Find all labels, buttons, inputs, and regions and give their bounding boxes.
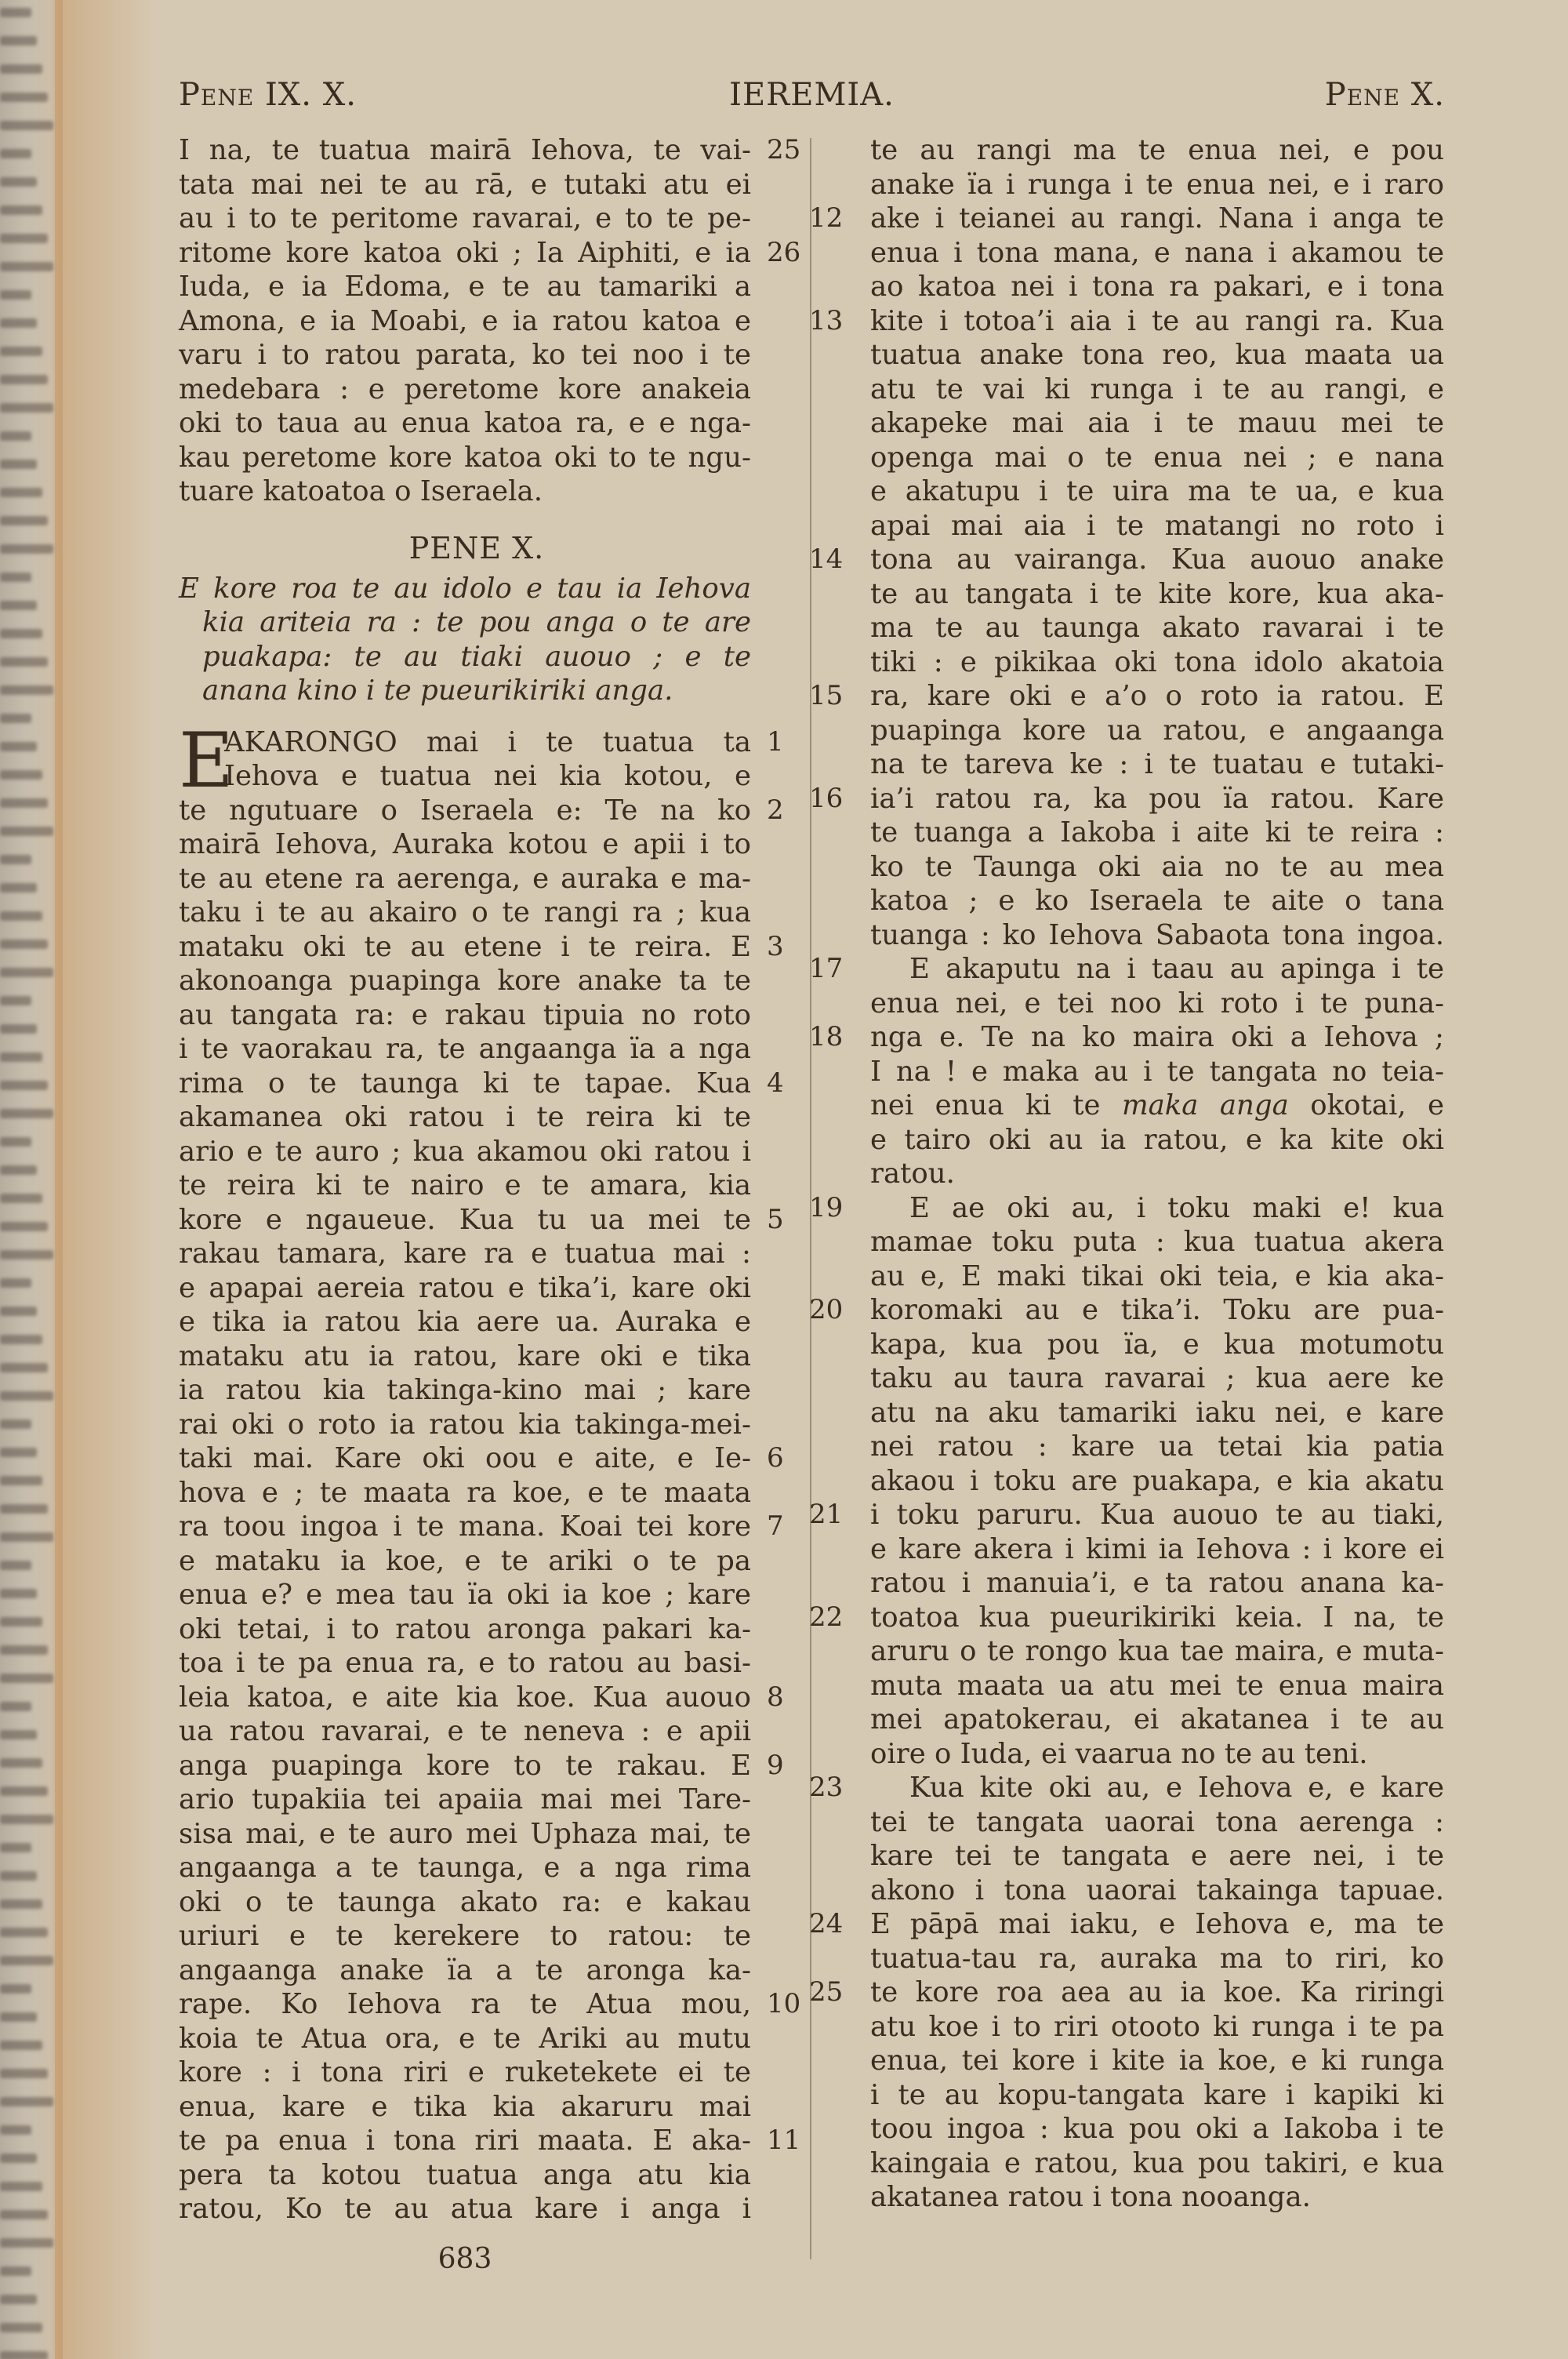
text-line: anake ïa i runga i te enua nei, e i raro xyxy=(870,168,1444,202)
verse-number: 4 xyxy=(767,1067,806,1101)
text-line: ra, kare oki e a’o o roto ia ratou. E15 xyxy=(870,679,1444,714)
text-line: sisa mai, e te auro mei Uphaza mai, te xyxy=(179,1817,751,1852)
line-text: toatoa kua pueurikiriki keia. I na, te xyxy=(870,1601,1444,1634)
line-text: ratou, Ko te au atua kare i anga i xyxy=(179,2193,751,2225)
text-line: au e, E maki tikai oki teia, e kia aka- xyxy=(870,1259,1444,1294)
text-line: oki to taua au enua katoa ra, e e nga- xyxy=(179,406,751,441)
text-line: koromaki au e tika’i. Toku are pua-20 xyxy=(870,1293,1444,1328)
verse-number: 14 xyxy=(809,543,853,577)
line-text: akapeke mai aia i te mauu mei te xyxy=(870,407,1444,439)
text-line: ua ratou ravarai, e te neneva : e apii xyxy=(179,1714,751,1749)
text-line: leia katoa, e aite kia koe. Kua auouo8 xyxy=(179,1681,751,1715)
line-text: toa i te pa enua ra, e to ratou au basi- xyxy=(179,1647,751,1679)
line-text: atu te vai ki runga i te au rangi, e xyxy=(870,373,1444,405)
line-text: rakau tamara, kare ra e tuatua mai : xyxy=(179,1238,751,1270)
verse-number: 7 xyxy=(767,1510,806,1544)
text-line: rai oki o roto ia ratou kia takinga-mei- xyxy=(179,1408,751,1442)
line-text: akonoanga puapinga kore anake ta te xyxy=(179,965,751,997)
text-line: I na, te tuatua mairā Iehova, te vai-25 xyxy=(179,133,751,168)
text-line: Iehova e tuatua nei kia kotou, e xyxy=(179,759,751,794)
line-text: tuanga : ko Iehova Sabaota tona ingoa. xyxy=(870,919,1444,951)
book-page: Pene IX. X. IEREMIA. Pene X. I na, te tu… xyxy=(0,0,1568,2359)
italic-phrase: maka anga xyxy=(1122,1089,1289,1121)
line-text: mei apatokerau, ei akatanea i te au xyxy=(870,1703,1444,1736)
line-text: angaanga a te taunga, e a nga rima xyxy=(179,1852,751,1884)
text-line: na te tareva ke : i te tuatau e tutaki- xyxy=(870,747,1444,782)
line-text: i te vaorakau ra, te angaanga ïa a nga xyxy=(179,1033,751,1065)
text-line: toatoa kua pueurikiriki keia. I na, te22 xyxy=(870,1601,1444,1635)
page-number: 683 xyxy=(179,2243,751,2275)
summary-line: E kore roa te au idolo e tau ia Iehova xyxy=(179,572,751,606)
text-line: AKARONGO mai i te tuatua ta1 xyxy=(179,725,751,760)
line-text-part: okotai, e xyxy=(1289,1089,1444,1121)
line-text: rima o te taunga ki te tapae. Kua xyxy=(179,1067,751,1100)
text-line: kau peretome kore katoa oki to te ngu- xyxy=(179,441,751,475)
text-line: E akaputu na i taau au apinga i te17 xyxy=(870,952,1444,987)
text-line: anga puapinga kore to te rakau. E9 xyxy=(179,1749,751,1783)
line-text: E akaputu na i taau au apinga i te xyxy=(909,953,1444,985)
line-text: taku i te au akairo o te rangi ra ; kua xyxy=(179,896,751,929)
line-text: muta maata ua atu mei te enua maira xyxy=(870,1670,1444,1702)
text-line: nga e. Te na ko maira oki a Iehova ;18 xyxy=(870,1020,1444,1055)
line-text: angaanga anake ïa a te aronga ka- xyxy=(179,1954,751,1986)
line-text: tiki : e pikikaa oki tona idolo akatoia xyxy=(870,646,1444,678)
text-line: Kua kite oki au, e Iehova e, e kare23 xyxy=(870,1771,1444,1805)
text-line: ao katoa nei i tona ra pakari, e i tona xyxy=(870,270,1444,304)
line-text: katoa ; e ko Iseraela te aite o tana xyxy=(870,885,1444,917)
text-line: e akatupu i te uira ma te ua, e kua xyxy=(870,474,1444,509)
text-line: kaingaia e ratou, kua pou takiri, e kua xyxy=(870,2146,1444,2181)
line-text: ra toou ingoa i te mana. Koai tei kore xyxy=(179,1510,751,1543)
line-text: oire o Iuda, ei vaarua no te au teni. xyxy=(870,1738,1367,1770)
text-line: ario tupakiia tei apaiia mai mei Tare- xyxy=(179,1783,751,1817)
line-text: taku au taura ravarai ; kua aere ke xyxy=(870,1362,1444,1394)
verse-number: 9 xyxy=(767,1749,806,1783)
text-line: puapinga kore ua ratou, e angaanga xyxy=(870,714,1444,748)
line-text: kaingaia e ratou, kua pou takiri, e kua xyxy=(870,2147,1444,2179)
line-text: te au etene ra aerenga, e auraka e ma- xyxy=(179,863,751,895)
line-text: varu i to ratou parata, ko tei noo i te xyxy=(179,339,751,371)
chapter-summary: E kore roa te au idolo e tau ia Iehovaki… xyxy=(179,572,751,708)
right-column: te au rangi ma te enua nei, e pouanake ï… xyxy=(870,133,1444,2215)
line-text: e mataku ia koe, e te ariki o te pa xyxy=(179,1545,751,1577)
text-line: ratou. xyxy=(870,1157,1444,1191)
line-text: ma te au taunga akato ravarai i te xyxy=(870,612,1444,644)
line-text: enua nei, e tei noo ki roto i te puna- xyxy=(870,987,1444,1020)
line-text: pera ta kotou tuatua anga atu kia xyxy=(179,2159,751,2191)
verse-number: 24 xyxy=(809,1907,853,1942)
line-text: Iehova e tuatua nei kia kotou, e xyxy=(224,760,751,792)
line-text: te pa enua i tona riri maata. E aka- xyxy=(179,2125,751,2157)
line-text: mataku atu ia ratou, kare oki e tika xyxy=(179,1340,751,1372)
line-text: puapinga kore ua ratou, e angaanga xyxy=(870,714,1444,747)
spacer xyxy=(179,708,751,725)
line-text: akaou i toku are puakapa, e kia akatu xyxy=(870,1465,1444,1497)
line-text: kare tei te tangata e aere nei, i te xyxy=(870,1840,1444,1872)
text-line: taku au taura ravarai ; kua aere ke xyxy=(870,1361,1444,1396)
text-line: taki mai. Kare oki oou e aite, e Ie-6 xyxy=(179,1441,751,1476)
line-text: te au tangata i te kite kore, kua aka- xyxy=(870,578,1444,610)
line-text: sisa mai, e te auro mei Uphaza mai, te xyxy=(179,1818,751,1850)
line-text: aruru o te rongo kua tae maira, e muta- xyxy=(870,1635,1444,1667)
text-line: te pa enua i tona riri maata. E aka-11 xyxy=(179,2124,751,2158)
line-text: tona au vairanga. Kua auouo anake xyxy=(870,543,1444,576)
chapter-body: EAKARONGO mai i te tuatua ta1Iehova e tu… xyxy=(179,725,751,2226)
text-line: toou ingoa : kua pou oki a Iakoba i te xyxy=(870,2112,1444,2146)
text-line: angaanga a te taunga, e a nga rima xyxy=(179,1851,751,1885)
line-text: I na, te tuatua mairā Iehova, te vai- xyxy=(179,134,751,166)
text-line: e tika ia ratou kia aere ua. Auraka e xyxy=(179,1305,751,1339)
line-text: toou ingoa : kua pou oki a Iakoba i te xyxy=(870,2113,1444,2145)
verse-number: 22 xyxy=(809,1601,853,1635)
text-line: nei ratou : kare ua tetai kia patia xyxy=(870,1430,1444,1464)
line-text: ko te Taunga oki aia no te au mea xyxy=(870,851,1444,883)
text-line: I na ! e maka au i te tangata no teia- xyxy=(870,1055,1444,1089)
text-line: ario e te auro ; kua akamou oki ratou i xyxy=(179,1135,751,1169)
text-line: te kore roa aea au ia koe. Ka riringi25 xyxy=(870,1976,1444,2010)
running-head-right: Pene X. xyxy=(1325,77,1445,113)
line-text: oki o te taunga akato ra: e kakau xyxy=(179,1886,751,1918)
verse-number: 1 xyxy=(767,725,806,760)
verse-number: 10 xyxy=(767,1987,806,2022)
text-line: oki o te taunga akato ra: e kakau xyxy=(179,1885,751,1920)
text-line: kite i totoa’i aia i te au rangi ra. Kua… xyxy=(870,304,1444,339)
text-line: tona au vairanga. Kua auouo anake14 xyxy=(870,543,1444,577)
line-text: Iuda, e ia Edoma, e te au tamariki a xyxy=(179,271,751,303)
text-line: tuatua anake tona reo, kua maata ua xyxy=(870,338,1444,373)
line-text: mairā Iehova, Auraka kotou e apii i to xyxy=(179,828,751,860)
line-text: anake ïa i runga i te enua nei, e i raro xyxy=(870,169,1444,201)
text-line: enua nei, e tei noo ki roto i te puna- xyxy=(870,987,1444,1021)
line-text: kite i totoa’i aia i te au rangi ra. Kua xyxy=(870,305,1444,337)
text-line: taku i te au akairo o te rangi ra ; kua xyxy=(179,896,751,930)
text-line: i te vaorakau ra, te angaanga ïa a nga xyxy=(179,1032,751,1067)
text-line: kare tei te tangata e aere nei, i te xyxy=(870,1839,1444,1874)
line-text: ario e te auro ; kua akamou oki ratou i xyxy=(179,1136,751,1168)
text-line: openga mai o te enua nei ; e nana xyxy=(870,441,1444,475)
line-text-part: nei enua ki te xyxy=(870,1089,1122,1121)
text-line: rakau tamara, kare ra e tuatua mai : xyxy=(179,1237,751,1271)
verse-number: 13 xyxy=(809,304,853,339)
line-text: enua i tona mana, e nana i akamou te xyxy=(870,237,1444,269)
line-text: i toku paruru. Kua auouo te au tiaki, xyxy=(870,1499,1444,1531)
text-line: atu koe i to riri otooto ki runga i te p… xyxy=(870,2010,1444,2045)
line-text: ratou i manuia’i, e ta ratou anana ka- xyxy=(870,1567,1444,1599)
text-line: tuanga : ko Iehova Sabaota tona ingoa. xyxy=(870,918,1444,953)
line-text: ario tupakiia tei apaiia mai mei Tare- xyxy=(179,1783,751,1816)
line-text: e tairo oki au ia ratou, e ka kite oki xyxy=(870,1124,1444,1156)
line-text: kore : i tona riri e ruketekete ei te xyxy=(179,2056,751,2088)
text-line: toa i te pa enua ra, e to ratou au basi- xyxy=(179,1646,751,1681)
line-text: ia’i ratou ra, ka pou ïa ratou. Kare xyxy=(870,783,1444,815)
text-line: te au etene ra aerenga, e auraka e ma- xyxy=(179,862,751,896)
line-text: au tangata ra: e rakau tipuia no roto xyxy=(179,999,751,1031)
line-text: tei te tangata uaorai tona aerenga : xyxy=(870,1806,1444,1838)
text-line: oki tetai, i to ratou aronga pakari ka- xyxy=(179,1612,751,1647)
text-line: akaou i toku are puakapa, e kia akatu xyxy=(870,1464,1444,1499)
line-text: openga mai o te enua nei ; e nana xyxy=(870,442,1444,474)
line-text: enua, kare e tika kia akaruru mai xyxy=(179,2091,751,2123)
text-line: kore e ngaueue. Kua tu ua mei te5 xyxy=(179,1203,751,1238)
line-text: e tika ia ratou kia aere ua. Auraka e xyxy=(179,1306,751,1338)
line-text: enua e? e mea tau ïa oki ia koe ; kare xyxy=(179,1579,751,1611)
text-line: tata mai nei te au rā, e tutaki atu ei xyxy=(179,168,751,202)
verse-number: 25 xyxy=(809,1976,853,2010)
text-line: mei apatokerau, ei akatanea i te au xyxy=(870,1703,1444,1737)
text-line: akamanea oki ratou i te reira ki te xyxy=(179,1100,751,1135)
text-line: rima o te taunga ki te tapae. Kua4 xyxy=(179,1067,751,1101)
line-text: e kare akera i kimi ia Iehova : i kore e… xyxy=(870,1533,1444,1565)
text-line: mataku atu ia ratou, kare oki e tika xyxy=(179,1339,751,1374)
text-line: nei enua ki te maka anga okotai, e xyxy=(870,1089,1444,1123)
text-line: ake i teianei au rangi. Nana i anga te12 xyxy=(870,202,1444,236)
text-line: E pāpā mai iaku, e Iehova e, ma te24 xyxy=(870,1907,1444,1942)
text-line: e mataku ia koe, e te ariki o te pa xyxy=(179,1544,751,1579)
line-text: te tuanga a Iakoba i aite ki te reira : xyxy=(870,816,1444,849)
text-line: kapa, kua pou ïa, e kua motumotu xyxy=(870,1328,1444,1362)
text-line: kore : i tona riri e ruketekete ei te xyxy=(179,2055,751,2090)
text-line: enua, kare e tika kia akaruru mai xyxy=(179,2090,751,2125)
line-text: mamae toku puta : kua tuatua akera xyxy=(870,1226,1444,1258)
verse-number: 23 xyxy=(809,1771,853,1805)
text-line: enua, tei kore i kite ia koe, e ki runga xyxy=(870,2044,1444,2078)
line-text: i te au kopu-tangata kare i kapiki ki xyxy=(870,2079,1444,2111)
text-line: enua i tona mana, e nana i akamou te xyxy=(870,236,1444,271)
text-line: medebara : e peretome kore anakeia xyxy=(179,373,751,407)
text-line: te au tangata i te kite kore, kua aka- xyxy=(870,577,1444,612)
text-line: E ae oki au, i toku maki e! kua19 xyxy=(870,1191,1444,1226)
running-head: Pene IX. X. IEREMIA. Pene X. xyxy=(179,77,1445,124)
text-line: ko te Taunga oki aia no te au mea xyxy=(870,850,1444,885)
verse-number: 3 xyxy=(767,930,806,965)
text-line: te ngutuare o Iseraela e: Te na ko2 xyxy=(179,794,751,828)
text-line: au tangata ra: e rakau tipuia no roto xyxy=(179,998,751,1033)
text-line: mamae toku puta : kua tuatua akera xyxy=(870,1225,1444,1259)
text-line: apai mai aia i te matangi no roto i xyxy=(870,509,1444,543)
line-text: au e, E maki tikai oki teia, e kia aka- xyxy=(870,1260,1444,1292)
verse-number: 6 xyxy=(767,1441,806,1476)
line-text: akono i tona uaorai takainga tapuae. xyxy=(870,1874,1444,1906)
line-text: rape. Ko Iehova ra te Atua mou, xyxy=(179,1988,751,2020)
line-text: oki to taua au enua katoa ra, e e nga- xyxy=(179,407,751,439)
line-text: Kua kite oki au, e Iehova e, e kare xyxy=(909,1772,1444,1804)
line-text: akatanea ratou i tona nooanga. xyxy=(870,2181,1311,2213)
text-line: tuare katoatoa o Iseraela. xyxy=(179,474,751,509)
line-text: tuatua-tau ra, auraka ma to riri, ko xyxy=(870,1943,1444,1975)
line-text: nei ratou : kare ua tetai kia patia xyxy=(870,1430,1444,1463)
text-line: varu i to ratou parata, ko tei noo i te xyxy=(179,338,751,373)
text-line: akono i tona uaorai takainga tapuae. xyxy=(870,1874,1444,1908)
line-text: mataku oki te au etene i te reira. E xyxy=(179,931,751,963)
text-line: mairā Iehova, Auraka kotou e apii i to xyxy=(179,827,751,862)
line-text: ia ratou kia takinga-kino mai ; kare xyxy=(179,1374,751,1406)
line-text: ao katoa nei i tona ra pakari, e i tona xyxy=(870,271,1444,303)
verse-number: 21 xyxy=(809,1498,853,1532)
text-line: atu te vai ki runga i te au rangi, e xyxy=(870,373,1444,407)
verse-number: 12 xyxy=(809,202,853,236)
text-line: ratou i manuia’i, e ta ratou anana ka- xyxy=(870,1566,1444,1601)
text-line: aruru o te rongo kua tae maira, e muta- xyxy=(870,1634,1444,1669)
text-line: Amona, e ia Moabi, e ia ratou katoa e xyxy=(179,304,751,339)
line-text: na te tareva ke : i te tuatau e tutaki- xyxy=(870,748,1444,780)
text-line: te reira ki te nairo e te amara, kia xyxy=(179,1169,751,1203)
text-line: i te au kopu-tangata kare i kapiki ki xyxy=(870,2078,1444,2113)
line-text: tata mai nei te au rā, e tutaki atu ei xyxy=(179,169,751,201)
line-text: E pāpā mai iaku, e Iehova e, ma te xyxy=(870,1908,1444,1940)
line-text: Amona, e ia Moabi, e ia ratou katoa e xyxy=(179,305,751,337)
text-line: angaanga anake ïa a te aronga ka- xyxy=(179,1954,751,1988)
line-text: te reira ki te nairo e te amara, kia xyxy=(179,1169,751,1201)
verse-number: 19 xyxy=(809,1191,853,1226)
chapter-title: PENE X. xyxy=(179,525,751,572)
text-line: muta maata ua atu mei te enua maira xyxy=(870,1669,1444,1703)
text-line: enua e? e mea tau ïa oki ia koe ; kare xyxy=(179,1578,751,1612)
line-text: e akatupu i te uira ma te ua, e kua xyxy=(870,475,1444,507)
summary-line: puakapa: te au tiaki auouo ; e te xyxy=(179,640,751,674)
text-line: tei te tangata uaorai tona aerenga : xyxy=(870,1805,1444,1840)
text-line: atu na aku tamariki iaku nei, e kare xyxy=(870,1396,1444,1430)
text-line: ra toou ingoa i te mana. Koai tei kore7 xyxy=(179,1510,751,1544)
line-text: kau peretome kore katoa oki to te ngu- xyxy=(179,442,751,474)
line-text: AKARONGO mai i te tuatua ta xyxy=(224,726,751,758)
text-line: pera ta kotou tuatua anga atu kia xyxy=(179,2158,751,2193)
text-line: e tairo oki au ia ratou, e ka kite oki xyxy=(870,1123,1444,1158)
verse-number: 15 xyxy=(809,679,853,714)
verse-number: 20 xyxy=(809,1293,853,1328)
line-text: taki mai. Kare oki oou e aite, e Ie- xyxy=(179,1442,751,1474)
line-text: tuare katoatoa o Iseraela. xyxy=(179,475,543,507)
text-line: tiki : e pikikaa oki tona idolo akatoia xyxy=(870,645,1444,680)
text-line: hova e ; te maata ra koe, e te maata xyxy=(179,1476,751,1510)
verse-number: 11 xyxy=(767,2124,806,2158)
summary-line: kia ariteia ra : te pou anga o te are xyxy=(179,605,751,640)
line-text: au i to te peritome ravarai, e to te pe- xyxy=(179,202,751,234)
text-line: oire o Iuda, ei vaarua no te au teni. xyxy=(870,1737,1444,1772)
line-text: ra, kare oki e a’o o roto ia ratou. E xyxy=(870,680,1444,712)
line-text: akamanea oki ratou i te reira ki te xyxy=(179,1101,751,1133)
text-line: katoa ; e ko Iseraela te aite o tana xyxy=(870,884,1444,918)
text-line: mataku oki te au etene i te reira. E3 xyxy=(179,930,751,965)
line-text: uriuri e te kerekere to ratou: te xyxy=(179,1920,751,1952)
text-line: koia te Atua ora, e te Ariki au mutu xyxy=(179,2022,751,2056)
line-text: ua ratou ravarai, e te neneva : e apii xyxy=(179,1715,751,1747)
verse-number: 16 xyxy=(809,782,853,816)
text-line: uriuri e te kerekere to ratou: te xyxy=(179,1919,751,1954)
text-line: akatanea ratou i tona nooanga. xyxy=(870,2180,1444,2215)
text-line: ia ratou kia takinga-kino mai ; kare xyxy=(179,1373,751,1408)
line-text: koia te Atua ora, e te Ariki au mutu xyxy=(179,2023,751,2055)
line-text: te au rangi ma te enua nei, e pou xyxy=(870,134,1444,166)
line-text: anga puapinga kore to te rakau. E xyxy=(179,1750,751,1782)
text-line: rape. Ko Iehova ra te Atua mou,10 xyxy=(179,1987,751,2022)
text-line: e apapai aereia ratou e tika’i, kare oki xyxy=(179,1271,751,1306)
text-line: ma te au taunga akato ravarai i te xyxy=(870,611,1444,645)
line-text: e apapai aereia ratou e tika’i, kare oki xyxy=(179,1272,751,1304)
verse-number: 5 xyxy=(767,1203,806,1238)
line-text: leia katoa, e aite kia koe. Kua auouo xyxy=(179,1681,751,1714)
line-text: rai oki o roto ia ratou kia takinga-mei- xyxy=(179,1408,751,1441)
line-text: oki tetai, i to ratou aronga pakari ka- xyxy=(179,1613,751,1645)
line-text: ritome kore katoa oki ; Ia Aiphiti, e ia xyxy=(179,237,751,269)
line-text: medebara : e peretome kore anakeia xyxy=(179,373,751,405)
line-text: atu koe i to riri otooto ki runga i te p… xyxy=(870,2011,1444,2043)
text-line: Iuda, e ia Edoma, e te au tamariki a xyxy=(179,270,751,304)
line-text: koromaki au e tika’i. Toku are pua- xyxy=(870,1294,1444,1326)
summary-line: anana kino i te pueurikiriki anga. xyxy=(179,674,751,708)
line-text: E ae oki au, i toku maki e! kua xyxy=(909,1192,1444,1224)
line-text: tuatua anake tona reo, kua maata ua xyxy=(870,339,1444,371)
line-text: ratou. xyxy=(870,1158,955,1190)
text-line: e kare akera i kimi ia Iehova : i kore e… xyxy=(870,1532,1444,1567)
line-text: kapa, kua pou ïa, e kua motumotu xyxy=(870,1329,1444,1361)
line-text: nga e. Te na ko maira oki a Iehova ; xyxy=(870,1021,1444,1053)
text-line: ratou, Ko te au atua kare i anga i xyxy=(179,2192,751,2226)
line-text: te ngutuare o Iseraela e: Te na ko xyxy=(179,794,751,827)
text-line: tuatua-tau ra, auraka ma to riri, ko xyxy=(870,1942,1444,1976)
line-text: enua, tei kore i kite ia koe, e ki runga xyxy=(870,2045,1444,2077)
verse-number: 2 xyxy=(767,794,806,828)
line-text: I na ! e maka au i te tangata no teia- xyxy=(870,1056,1444,1088)
line-text: atu na aku tamariki iaku nei, e kare xyxy=(870,1397,1444,1429)
text-line: te tuanga a Iakoba i aite ki te reira : xyxy=(870,816,1444,850)
text-line: au i to te peritome ravarai, e to te pe- xyxy=(179,202,751,236)
verse-number: 18 xyxy=(809,1020,853,1055)
verse-number: 26 xyxy=(767,236,806,271)
line-text: apai mai aia i te matangi no roto i xyxy=(870,510,1444,542)
text-line: akapeke mai aia i te mauu mei te xyxy=(870,406,1444,441)
text-line: ritome kore katoa oki ; Ia Aiphiti, e ia… xyxy=(179,236,751,271)
left-column: I na, te tuatua mairā Iehova, te vai-25t… xyxy=(179,133,751,2226)
verse-number: 17 xyxy=(809,952,853,987)
line-text: nei enua ki te maka anga okotai, e xyxy=(870,1089,1444,1121)
text-line: ia’i ratou ra, ka pou ïa ratou. Kare16 xyxy=(870,782,1444,816)
line-text: ake i teianei au rangi. Nana i anga te xyxy=(870,202,1444,234)
line-text: te kore roa aea au ia koe. Ka riringi xyxy=(870,1976,1444,2008)
line-text: hova e ; te maata ra koe, e te maata xyxy=(179,1477,751,1509)
verse-number: 25 xyxy=(767,133,806,168)
running-head-title: IEREMIA. xyxy=(179,77,1445,113)
text-line: i toku paruru. Kua auouo te au tiaki,21 xyxy=(870,1498,1444,1532)
text-line: te au rangi ma te enua nei, e pou xyxy=(870,133,1444,168)
verse-number: 8 xyxy=(767,1681,806,1715)
text-line: akonoanga puapinga kore anake ta te xyxy=(179,964,751,998)
line-text: kore e ngaueue. Kua tu ua mei te xyxy=(179,1204,751,1236)
